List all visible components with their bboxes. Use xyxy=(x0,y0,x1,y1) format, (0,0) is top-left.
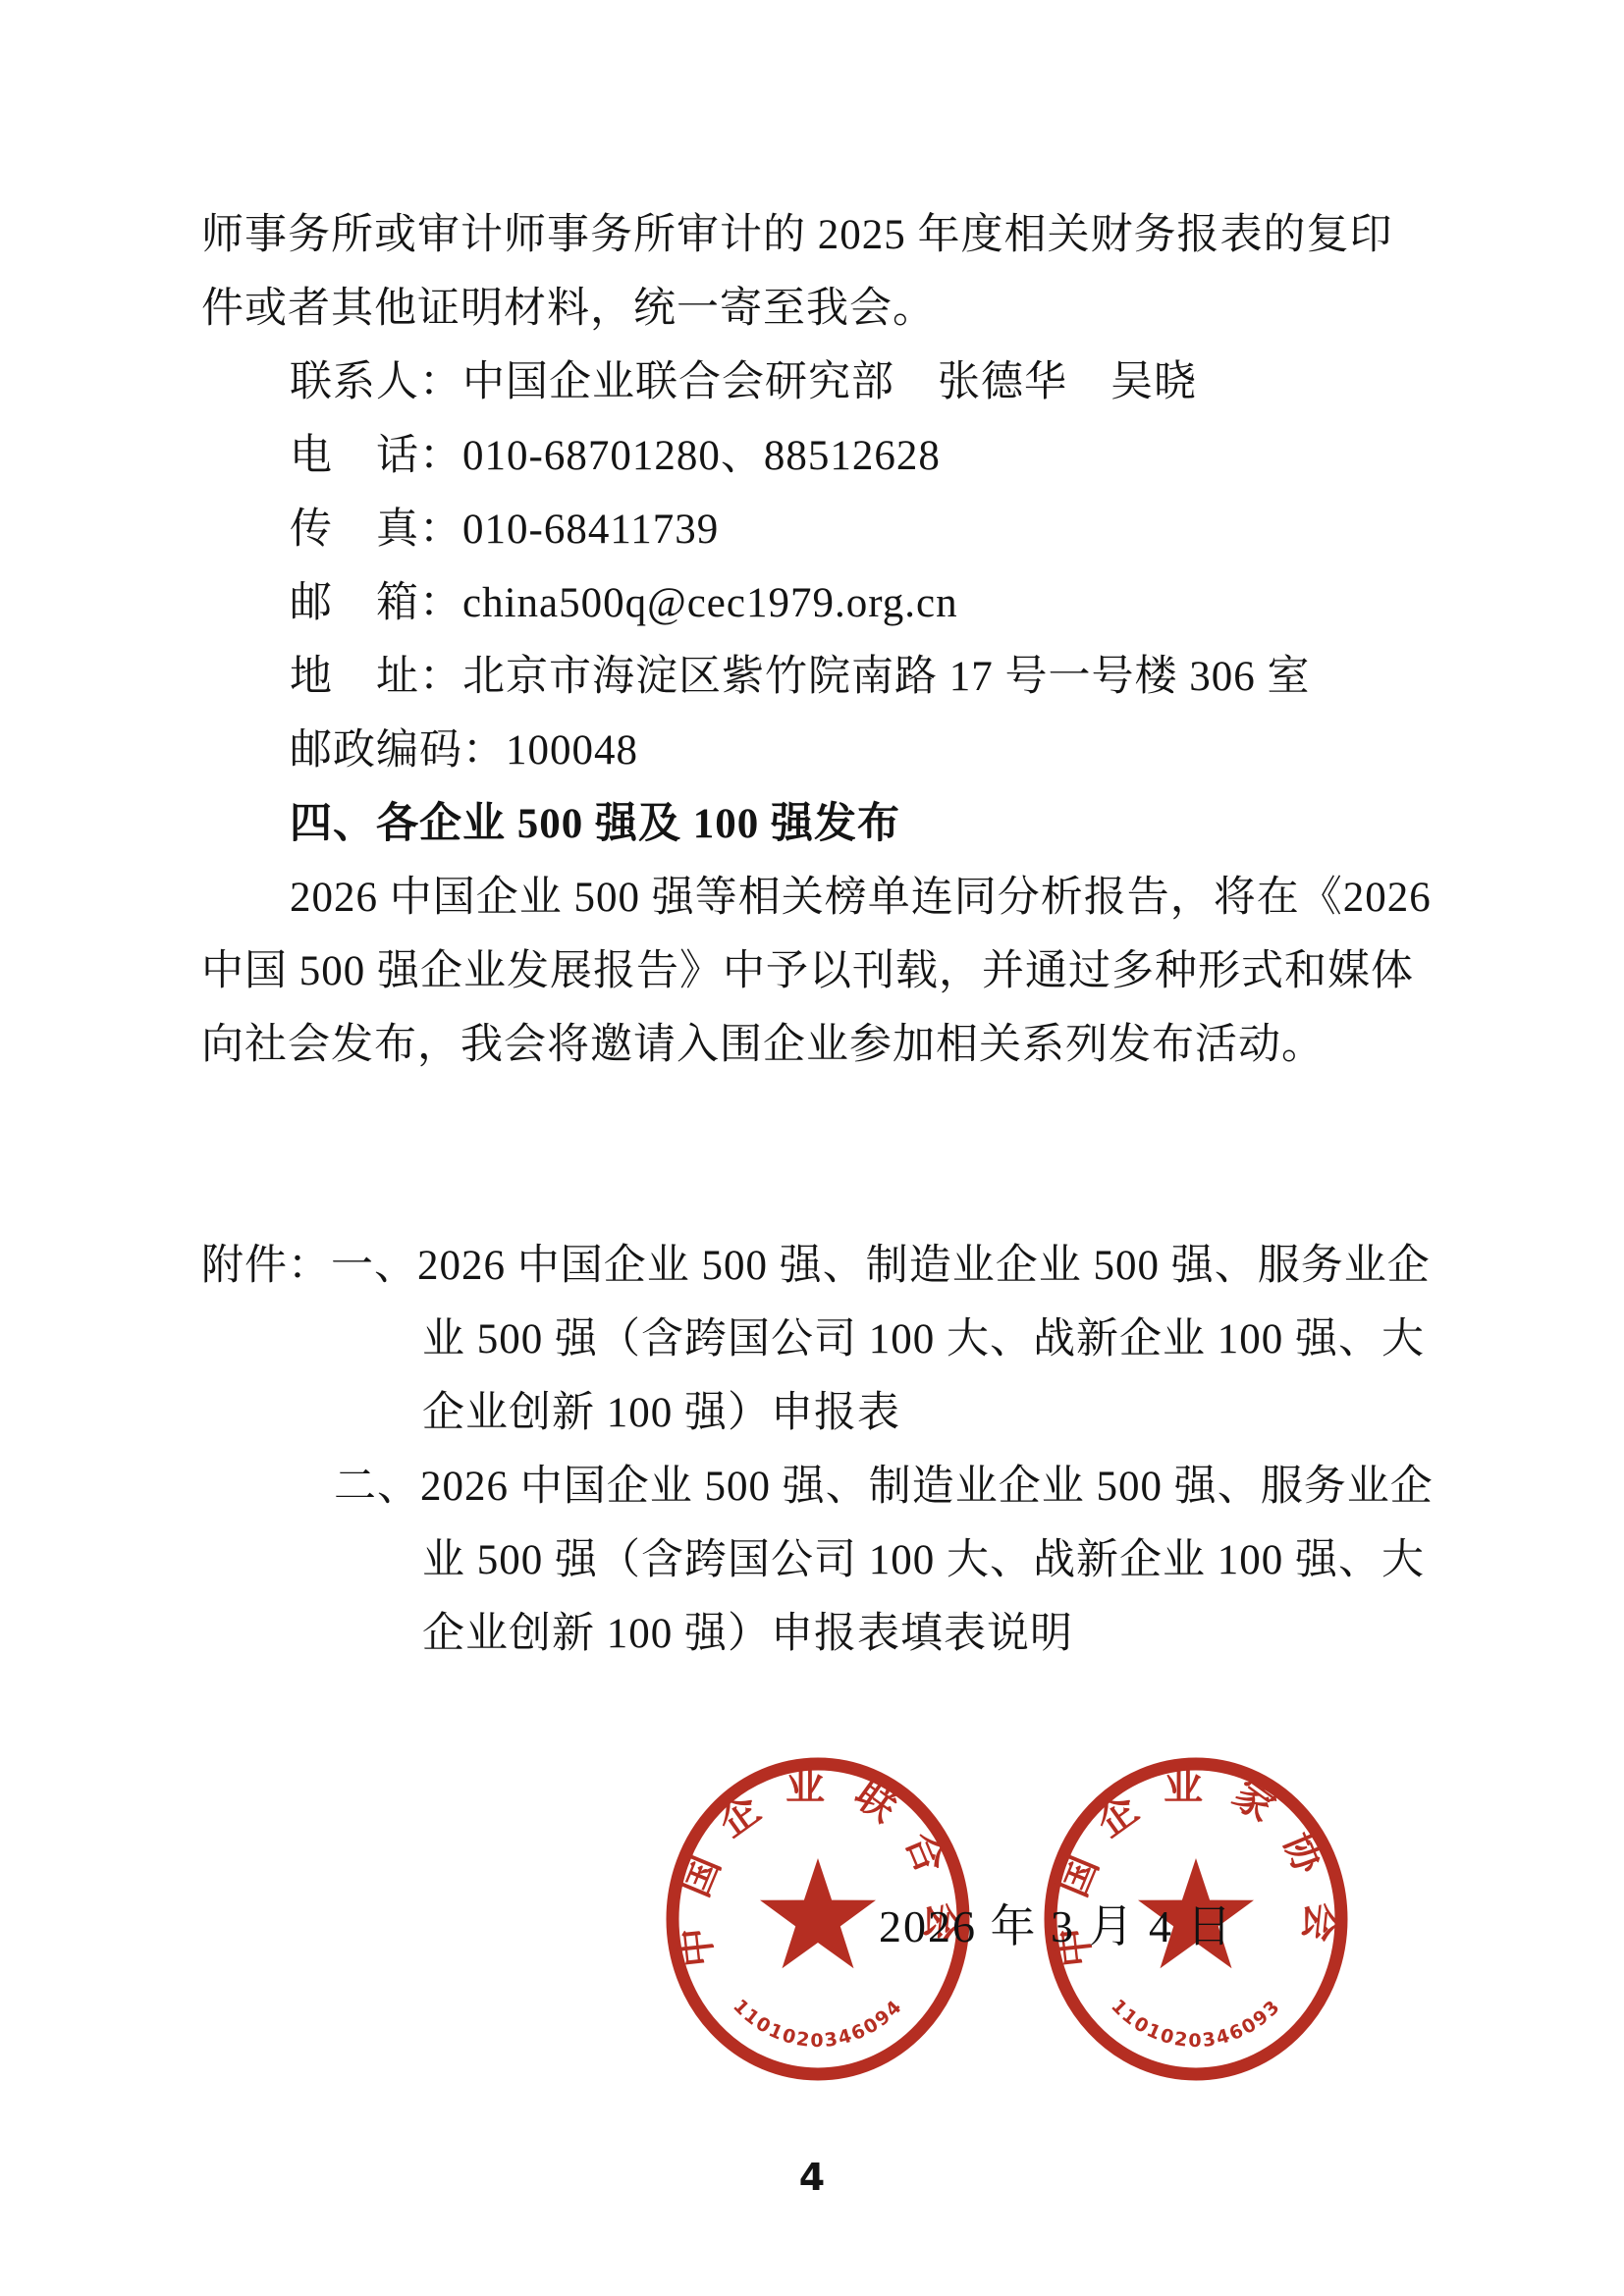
attachment-item-2-number: 二、 xyxy=(334,1464,420,1510)
contact-line-address: 地 址：北京市海淀区紫竹院南路 17 号一号楼 306 室 xyxy=(201,640,1488,714)
section-heading: 四、各企业 500 强及 100 强发布 xyxy=(201,787,1488,861)
paragraph-release-line-3: 向社会发布，我会将邀请入围企业参加相关系列发布活动。 xyxy=(201,1008,1488,1082)
attachment-item-2-text: 2026 中国企业 500 强、制造业企业 500 强、服务业企 xyxy=(420,1464,1434,1510)
contact-line-phone: 电 话：010-68701280、88512628 xyxy=(201,419,1488,493)
contact-line-fax: 传 真：010-68411739 xyxy=(201,493,1488,566)
page-number: 4 xyxy=(0,2156,1624,2199)
paragraph-top-line-2: 件或者其他证明材料，统一寄至我会。 xyxy=(201,272,1488,346)
attachment-item-1-line-3: 企业创新 100 强）申报表 xyxy=(201,1376,1488,1450)
attachment-item-1-number: 一、 xyxy=(331,1243,417,1289)
document-body: 师事务所或审计师事务所审计的 2025 年度相关财务报表的复印 件或者其他证明材… xyxy=(201,198,1488,1671)
paragraph-top-line-1: 师事务所或审计师事务所审计的 2025 年度相关财务报表的复印 xyxy=(201,198,1488,272)
seal-serial-number: 1101020346093 xyxy=(1107,1996,1285,2052)
document-date: 2026 年 3 月 4 日 xyxy=(879,1899,1234,1954)
paragraph-release-line-1: 2026 中国企业 500 强等相关榜单连同分析报告，将在《2026 xyxy=(201,861,1488,934)
attachments-block: 附件：一、2026 中国企业 500 强、制造业企业 500 强、服务业企 业 … xyxy=(201,1229,1488,1671)
attachment-item-1-line-1: 附件：一、2026 中国企业 500 强、制造业企业 500 强、服务业企 xyxy=(201,1229,1488,1303)
attachment-item-1-text: 2026 中国企业 500 强、制造业企业 500 强、服务业企 xyxy=(417,1243,1431,1289)
contact-line-email: 邮 箱：china500q@cec1979.org.cn xyxy=(201,566,1488,640)
attachment-item-1-line-2: 业 500 强（含跨国公司 100 大、战新企业 100 强、大 xyxy=(201,1303,1488,1376)
document-page: 师事务所或审计师事务所审计的 2025 年度相关财务报表的复印 件或者其他证明材… xyxy=(0,0,1624,2296)
paragraph-release-line-2: 中国 500 强企业发展报告》中予以刊载，并通过多种形式和媒体 xyxy=(201,934,1488,1008)
contact-line-person: 联系人：中国企业联合会研究部 张德华 吴晓 xyxy=(201,346,1488,419)
attachments-label: 附件： xyxy=(201,1243,331,1289)
contact-line-postcode: 邮政编码：100048 xyxy=(201,714,1488,787)
attachment-item-2-line-3: 企业创新 100 强）申报表填表说明 xyxy=(201,1597,1488,1671)
star-icon xyxy=(760,1858,876,1968)
attachment-item-2-line-1: 二、2026 中国企业 500 强、制造业企业 500 强、服务业企 xyxy=(201,1450,1488,1523)
attachment-item-2-line-2: 业 500 强（含跨国公司 100 大、战新企业 100 强、大 xyxy=(201,1523,1488,1597)
svg-text:1101020346094: 1101020346094 xyxy=(729,1996,907,2052)
svg-text:1101020346093: 1101020346093 xyxy=(1107,1996,1285,2052)
seal-serial-number: 1101020346094 xyxy=(729,1996,907,2052)
